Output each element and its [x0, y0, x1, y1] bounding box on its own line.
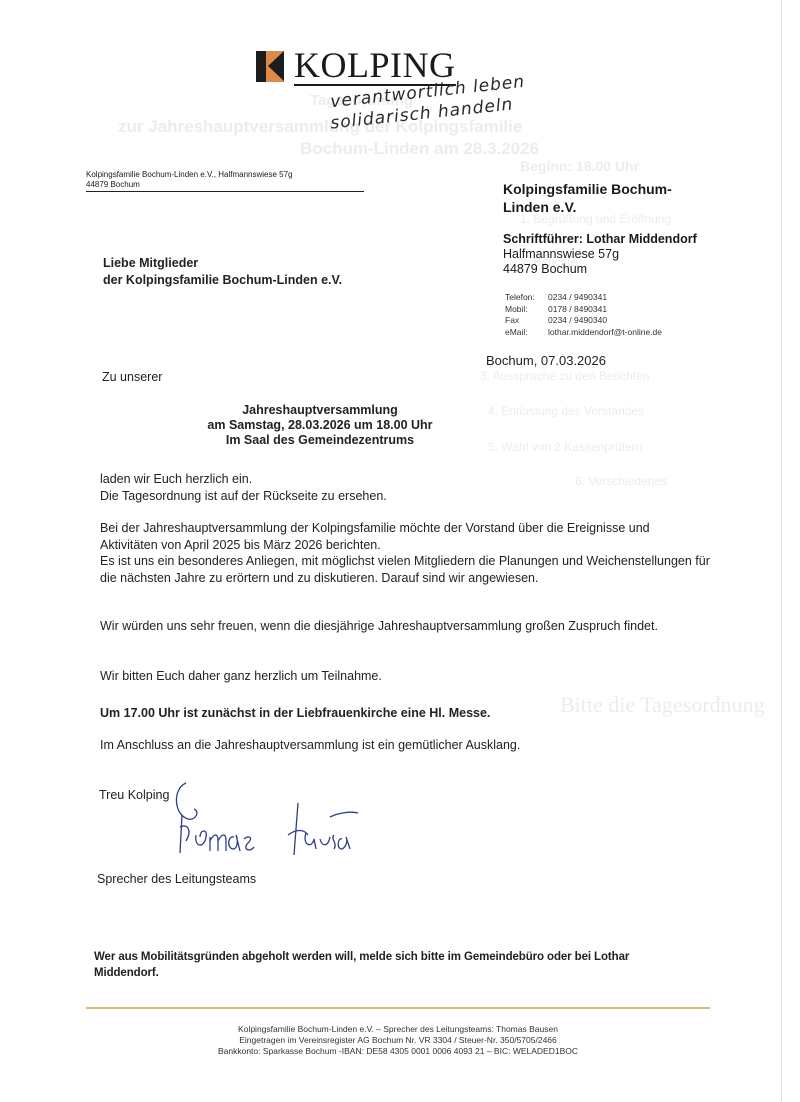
secretary-street: Halfmannswiese 57g [503, 247, 697, 262]
event-where: Im Saal des Gemeindezentrums [150, 433, 490, 448]
contact-email: eMail:lothar.middendorf@t-online.de [505, 327, 662, 339]
ghost-item: 5. Wahl von 2 Kassenprüfern [488, 440, 642, 454]
secretary-city: 44879 Bochum [503, 262, 697, 277]
closing-greeting: Treu Kolping [99, 788, 169, 802]
sender-line1: Kolpingsfamilie Bochum-Linden e.V., Half… [86, 170, 364, 180]
ghost-item: 3. Aussprache zu den Berichten [480, 369, 649, 383]
letter-date: Bochum, 07.03.2026 [486, 353, 606, 368]
sender-line2: 44879 Bochum [86, 180, 364, 190]
pickup-note: Wer aus Mobilitätsgründen abgeholt werde… [94, 949, 654, 981]
footer-line3: Bankkonto: Sparkasse Bochum -IBAN: DE58 … [86, 1046, 710, 1057]
letter-footer: Kolpingsfamilie Bochum-Linden e.V. – Spr… [86, 1024, 710, 1057]
paragraph-invitation: laden wir Euch herzlich ein. Die Tagesor… [100, 471, 710, 504]
event-announcement: Jahreshauptversammlung am Samstag, 28.03… [150, 403, 490, 448]
ghost-begin: Beginn: 18.00 Uhr [520, 158, 639, 174]
footer-line1: Kolpingsfamilie Bochum-Linden e.V. – Spr… [86, 1024, 710, 1035]
signature [170, 775, 370, 870]
contact-details: Telefon:0234 / 9490341 Mobil:0178 / 8490… [505, 292, 662, 338]
secretary-block: Schriftführer: Lothar Middendorf Halfman… [503, 232, 697, 277]
paragraph-mass: Um 17.00 Uhr ist zunächst in der Liebfra… [100, 705, 710, 722]
org-name-line2: Linden e.V. [503, 198, 672, 216]
ghost-item: 4. Entlastung des Vorstandes [488, 404, 644, 418]
brand-name: KOLPING [294, 47, 456, 86]
ghost-header: Bochum-Linden am 28.3.2026 [300, 139, 539, 159]
sender-return-address: Kolpingsfamilie Bochum-Linden e.V., Half… [86, 170, 364, 192]
organization-name: Kolpingsfamilie Bochum- Linden e.V. [503, 180, 672, 216]
recipient-line1: Liebe Mitglieder [103, 255, 342, 272]
kolping-k-icon [256, 51, 284, 82]
footer-divider [86, 1007, 710, 1009]
ghost-header: zur Jahreshauptversammlung der Kolpingsf… [118, 117, 522, 137]
paragraph-closing: Im Anschluss an die Jahreshauptversammlu… [100, 737, 710, 754]
contact-phone: Telefon:0234 / 9490341 [505, 292, 662, 304]
contact-mobile: Mobil:0178 / 8490341 [505, 304, 662, 316]
recipient-line2: der Kolpingsfamilie Bochum-Linden e.V. [103, 272, 342, 289]
event-when: am Samstag, 28.03.2026 um 18.00 Uhr [150, 418, 490, 433]
paragraph-request: Wir bitten Euch daher ganz herzlich um T… [100, 668, 710, 685]
recipient-address: Liebe Mitglieder der Kolpingsfamilie Boc… [103, 255, 342, 289]
kolping-logo: KOLPING [256, 47, 456, 86]
org-name-line1: Kolpingsfamilie Bochum- [503, 180, 672, 198]
paragraph-report: Bei der Jahreshauptversammlung der Kolpi… [100, 520, 710, 586]
footer-line2: Eingetragen im Vereinsregister AG Bochum… [86, 1035, 710, 1046]
event-title: Jahreshauptversammlung [150, 403, 490, 418]
page-edge [781, 0, 782, 1102]
paragraph-hope: Wir würden uns sehr freuen, wenn die die… [100, 618, 710, 635]
secretary-name: Schriftführer: Lothar Middendorf [503, 232, 697, 247]
contact-fax: Fax0234 / 9490340 [505, 315, 662, 327]
salutation: Zu unserer [102, 370, 162, 384]
signer-role: Sprecher des Leitungsteams [97, 872, 256, 886]
